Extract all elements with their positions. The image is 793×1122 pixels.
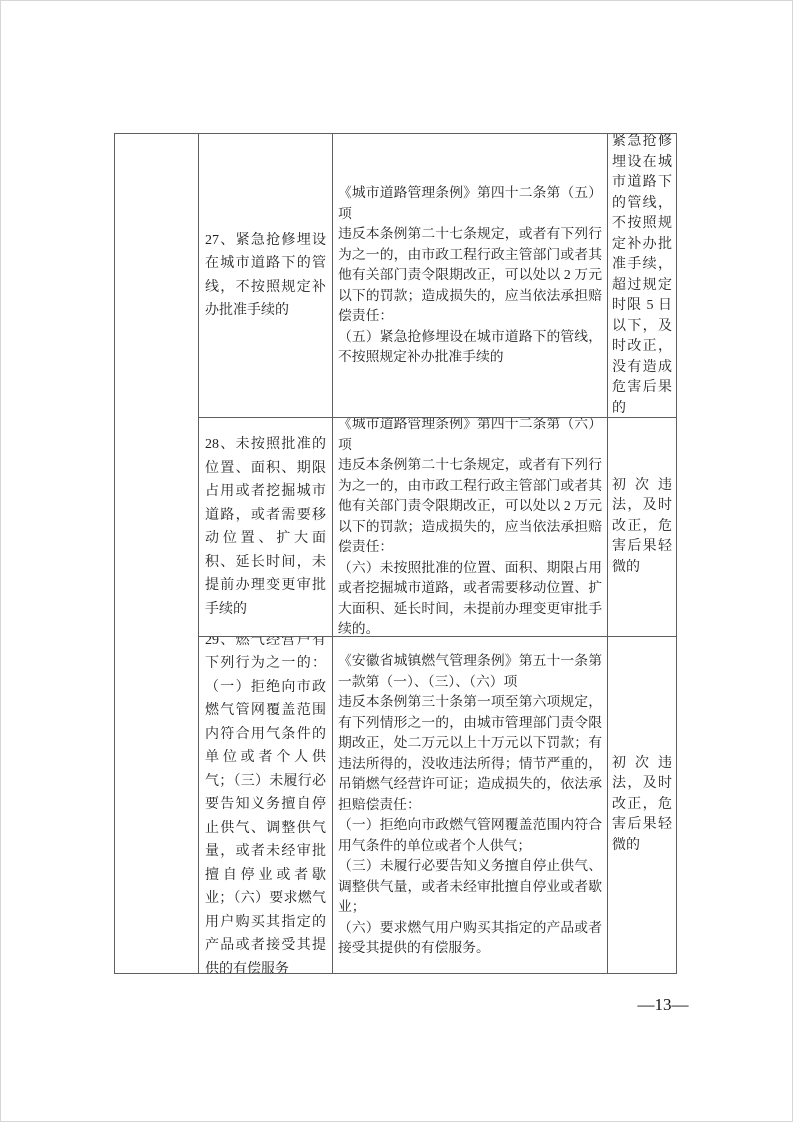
basis-item: （六）未按照批准的位置、面积、期限占用或者挖掘城市道路，或者需要移动位置、扩大面… (338, 558, 602, 636)
basis-item: （五）紧急抢修埋设在城市道路下的管线，不按照规定补办批准手续的 (338, 327, 602, 368)
basis-body: 违反本条例第三十条第一项至第六项规定，有下列情形之一的，由城市管理部门责令限期改… (338, 692, 602, 815)
violation-cell: 28、未按照批准的位置、面积、期限占用或者挖掘城市道路，或者需要移动位置、扩大面… (199, 418, 333, 636)
basis-citation: 《城市道路管理条例》第四十二条第（五）项 (338, 183, 602, 224)
table-body: 27、紧急抢修埋设在城市道路下的管线，不按照规定补办批准手续的 《城市道路管理条… (199, 134, 676, 973)
legal-basis-text: 《城市道路管理条例》第四十二条第（五）项 违反本条例第二十七条规定，或者有下列行… (338, 183, 602, 368)
category-cell-empty (115, 134, 199, 973)
legal-basis-text: 《安徽省城镇燃气管理条例》第五十一条第一款第（一）、（三）、（六）项 违反本条例… (338, 651, 602, 959)
violation-text: 27、紧急抢修埋设在城市道路下的管线，不按照规定补办批准手续的 (205, 229, 326, 323)
circumstance-cell: 初次违法，及时改正，危害后果轻微的 (608, 418, 676, 636)
violation-cell: 27、紧急抢修埋设在城市道路下的管线，不按照规定补办批准手续的 (199, 134, 333, 417)
basis-body: 违反本条例第二十七条规定，或者有下列行为之一的，由市政工程行政主管部门或者其他有… (338, 224, 602, 327)
page-number: —13— (630, 995, 696, 1015)
legal-basis-text: 《城市道路管理条例》第四十二条第（六）项 违反本条例第二十七条规定，或者有下列行… (338, 418, 602, 636)
table-row: 27、紧急抢修埋设在城市道路下的管线，不按照规定补办批准手续的 《城市道路管理条… (199, 134, 676, 418)
basis-item: （三）未履行必要告知义务擅自停止供气、调整供气量，或者未经审批擅自停业或者歇业； (338, 856, 602, 918)
basis-citation: 《安徽省城镇燃气管理条例》第五十一条第一款第（一）、（三）、（六）项 (338, 651, 602, 692)
penalty-table: 27、紧急抢修埋设在城市道路下的管线，不按照规定补办批准手续的 《城市道路管理条… (114, 133, 677, 974)
basis-item: （一）拒绝向市政燃气管网覆盖范围内符合用气条件的单位或者个人供气； (338, 815, 602, 856)
violation-text: 28、未按照批准的位置、面积、期限占用或者挖掘城市道路，或者需要移动位置、扩大面… (205, 433, 326, 621)
legal-basis-cell: 《安徽省城镇燃气管理条例》第五十一条第一款第（一）、（三）、（六）项 违反本条例… (333, 637, 608, 973)
legal-basis-cell: 《城市道路管理条例》第四十二条第（五）项 违反本条例第二十七条规定，或者有下列行… (333, 134, 608, 417)
basis-item: （六）要求燃气用户购买其指定的产品或者接受其提供的有偿服务。 (338, 918, 602, 959)
table-row: 29、燃气经营户有下列行为之一的：（一）拒绝向市政燃气管网覆盖范围内符合用气条件… (199, 637, 676, 973)
basis-body: 违反本条例第二十七条规定，或者有下列行为之一的，由市政工程行政主管部门或者其他有… (338, 455, 602, 558)
circumstance-text: 初次违法，及时改正，危害后果轻微的 (612, 476, 672, 579)
circumstance-text: 初次违法，及时改正，危害后果轻微的 (612, 754, 672, 857)
circumstance-cell: 初次违法，及时改正，危害后果轻微的 (608, 637, 676, 973)
table-row: 28、未按照批准的位置、面积、期限占用或者挖掘城市道路，或者需要移动位置、扩大面… (199, 418, 676, 637)
basis-citation: 《城市道路管理条例》第四十二条第（六）项 (338, 418, 602, 455)
legal-basis-cell: 《城市道路管理条例》第四十二条第（六）项 违反本条例第二十七条规定，或者有下列行… (333, 418, 608, 636)
violation-cell: 29、燃气经营户有下列行为之一的：（一）拒绝向市政燃气管网覆盖范围内符合用气条件… (199, 637, 333, 973)
violation-text: 29、燃气经营户有下列行为之一的：（一）拒绝向市政燃气管网覆盖范围内符合用气条件… (205, 637, 326, 973)
circumstance-cell: 紧急抢修埋设在城市道路下的管线，不按照规定补办批准手续，超过规定时限 5 日以下… (608, 134, 676, 417)
circumstance-text: 紧急抢修埋设在城市道路下的管线，不按照规定补办批准手续，超过规定时限 5 日以下… (612, 134, 672, 417)
